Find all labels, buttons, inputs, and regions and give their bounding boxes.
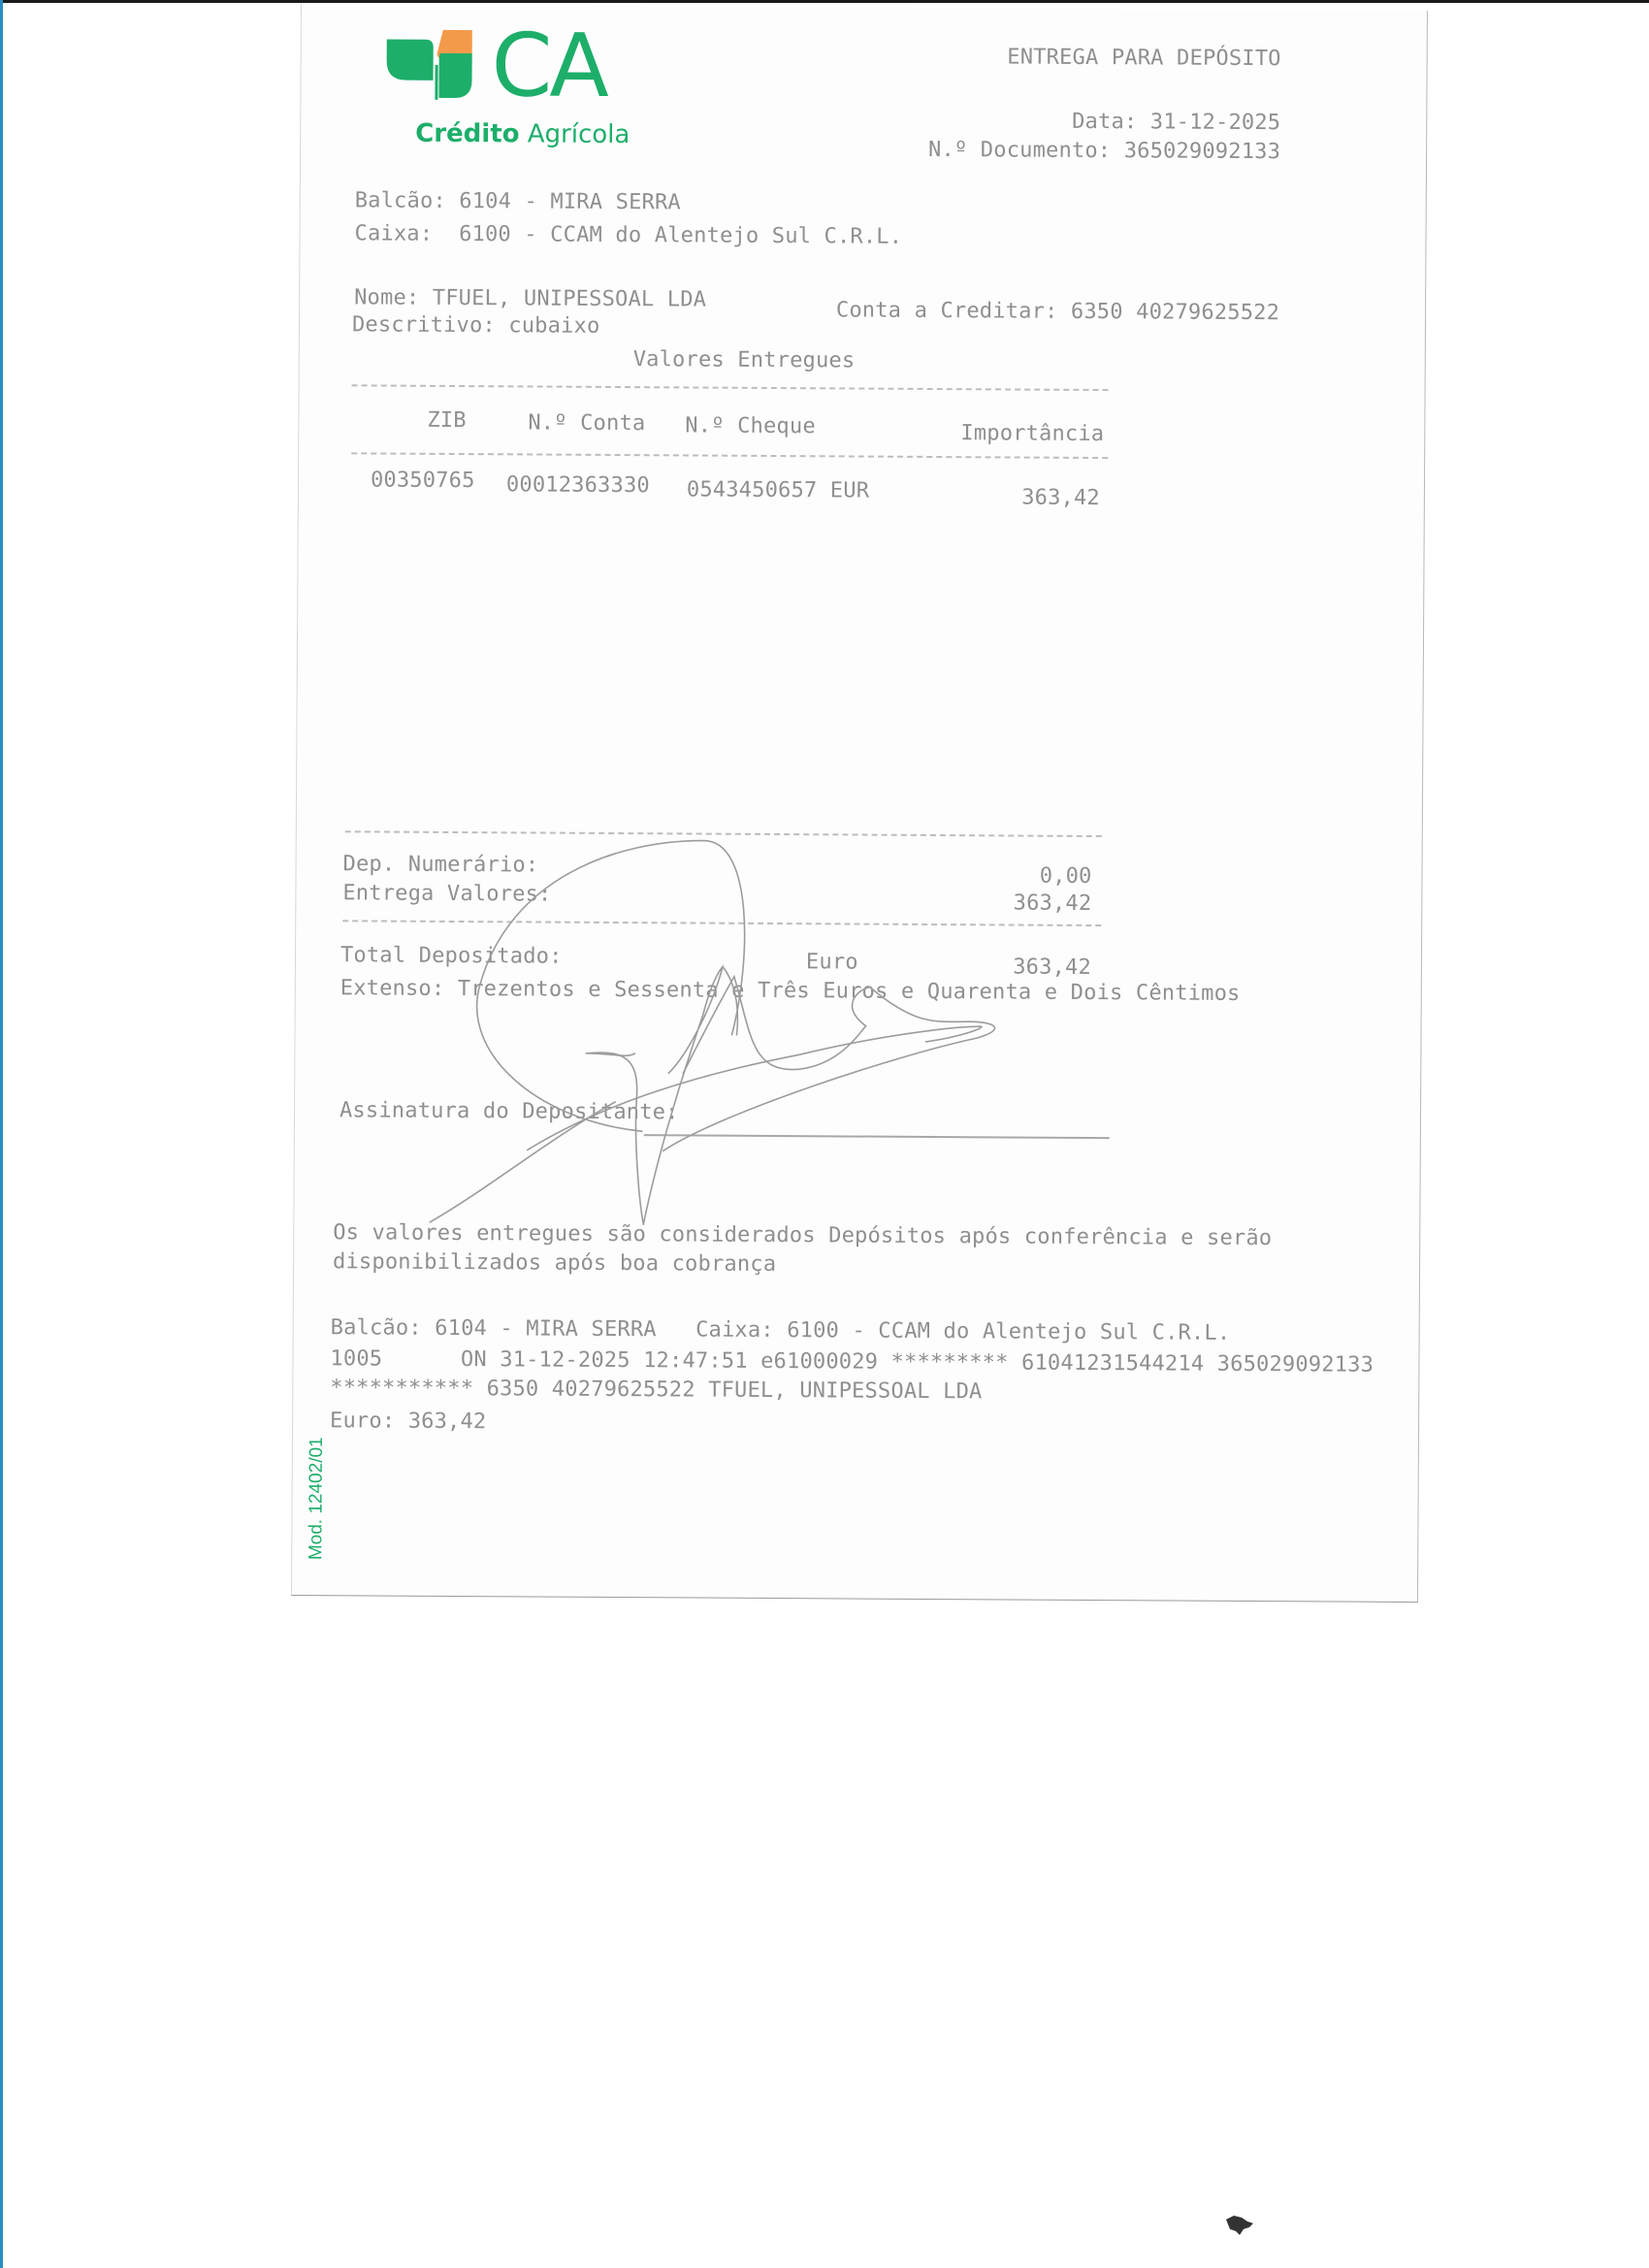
credito-agricola-logo: CA Crédito Agrícola bbox=[382, 26, 635, 154]
logo-name: Crédito Agrícola bbox=[415, 119, 630, 149]
credit-account: Conta a Creditar: 6350 40279625522 bbox=[836, 298, 1279, 325]
entrega-valores-value: 363,42 bbox=[1014, 891, 1092, 916]
column-header-zib: ZIB bbox=[427, 408, 466, 433]
divider bbox=[351, 452, 1108, 459]
table-row: 00350765 00012363330 0543450657 EUR 363,… bbox=[302, 4, 1427, 11]
logo-mark: CA bbox=[491, 22, 606, 111]
scan-edge-top bbox=[0, 0, 1649, 3]
branch-balcao: Balcão: 6104 - MIRA SERRA bbox=[355, 188, 681, 214]
entrega-valores-label: Entrega Valores: bbox=[342, 881, 551, 906]
form-code: Mod. 12402/01 bbox=[306, 1437, 328, 1560]
dep-numerario-label: Dep. Numerário: bbox=[343, 852, 539, 877]
leaves-icon bbox=[382, 26, 476, 120]
notice-line-2: disponibilizados após boa cobrança bbox=[333, 1249, 776, 1277]
row-account: 00012363330 bbox=[506, 472, 650, 498]
document-date: Data: 31-12-2025 bbox=[1072, 110, 1280, 135]
amount-in-words: Extenso: Trezentos e Sessenta e Três Eur… bbox=[340, 976, 1241, 1006]
footer-account-line: *********** 6350 40279625522 TFUEL, UNIP… bbox=[330, 1376, 982, 1404]
dep-numerario-value: 0,00 bbox=[1040, 864, 1092, 889]
column-header-amount: Importância bbox=[960, 421, 1104, 446]
deposit-receipt: CA Crédito Agrícola ENTREGA PARA DEPÓSIT… bbox=[291, 4, 1428, 1603]
notice-line-1: Os valores entregues são considerados De… bbox=[333, 1220, 1272, 1250]
divider bbox=[342, 920, 1101, 926]
row-amount: 363,42 bbox=[1021, 486, 1100, 510]
row-zib: 00350765 bbox=[371, 468, 475, 493]
scan-speck bbox=[1220, 2212, 1259, 2241]
client-name: Nome: TFUEL, UNIPESSOAL LDA bbox=[354, 285, 706, 311]
column-header-account: N.º Conta bbox=[528, 410, 645, 436]
column-header-cheque: N.º Cheque bbox=[685, 413, 816, 438]
total-currency: Euro bbox=[806, 950, 858, 974]
scan-edge-left bbox=[0, 0, 3, 2268]
footer-transaction-line: 1005 ON 31-12-2025 12:47:51 e61000029 **… bbox=[330, 1346, 1374, 1377]
values-table-title: Valores Entregues bbox=[633, 347, 856, 373]
client-description: Descritivo: cubaixo bbox=[352, 312, 600, 339]
row-cheque: 0543450657 EUR bbox=[687, 477, 869, 502]
signature-line bbox=[644, 1134, 1110, 1139]
divider bbox=[345, 830, 1102, 837]
footer-branch-line: Balcão: 6104 - MIRA SERRA Caixa: 6100 - … bbox=[331, 1315, 1231, 1345]
total-value: 363,42 bbox=[1013, 956, 1091, 980]
signature-label: Assinatura do Depositante: bbox=[339, 1098, 679, 1124]
document-type: ENTREGA PARA DEPÓSITO bbox=[1007, 45, 1281, 71]
total-label: Total Depositado: bbox=[340, 943, 563, 968]
document-number: N.º Documento: 365029092133 bbox=[928, 138, 1280, 164]
divider bbox=[352, 384, 1109, 391]
footer-amount-line: Euro: 363,42 bbox=[330, 1409, 486, 1434]
branch-caixa: Caixa: 6100 - CCAM do Alentejo Sul C.R.L… bbox=[354, 221, 902, 248]
